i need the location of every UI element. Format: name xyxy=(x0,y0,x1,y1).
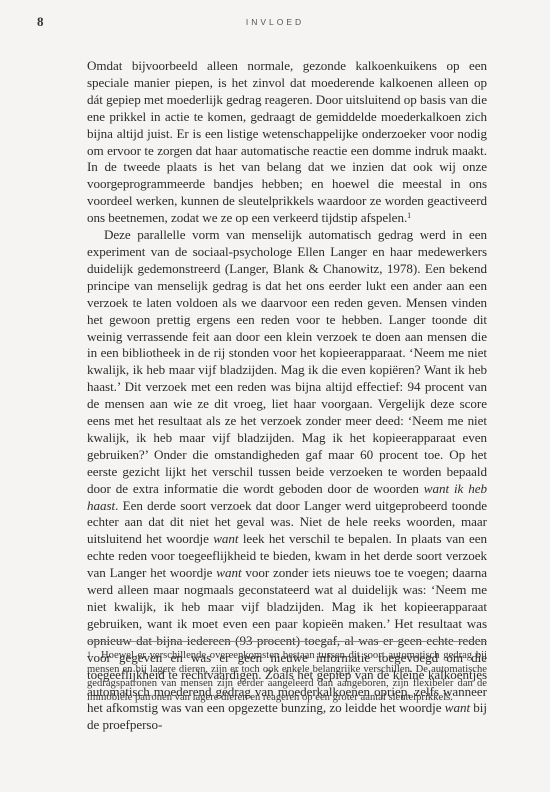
paragraph-2-text: Deze parallelle vorm van menselijk autom… xyxy=(87,227,487,496)
paragraph-1-text: Omdat bijvoorbeeld alleen normale, gezon… xyxy=(87,58,487,225)
footnote-reference[interactable]: 1 xyxy=(407,211,411,220)
emphasis-text: want xyxy=(216,565,241,580)
body-text: Omdat bijvoorbeeld alleen normale, gezon… xyxy=(87,58,487,734)
footnote-number: 1 xyxy=(87,650,91,659)
paragraph-1: Omdat bijvoorbeeld alleen normale, gezon… xyxy=(87,58,487,227)
footnote-rule xyxy=(87,641,487,642)
footnote-text: Hoewel er verschillende overeenkomsten b… xyxy=(87,650,487,703)
emphasis-text: want xyxy=(213,531,238,546)
footnote: 1Hoewel er verschillende overeenkomsten … xyxy=(87,648,487,705)
running-head: INVLOED xyxy=(0,17,550,27)
